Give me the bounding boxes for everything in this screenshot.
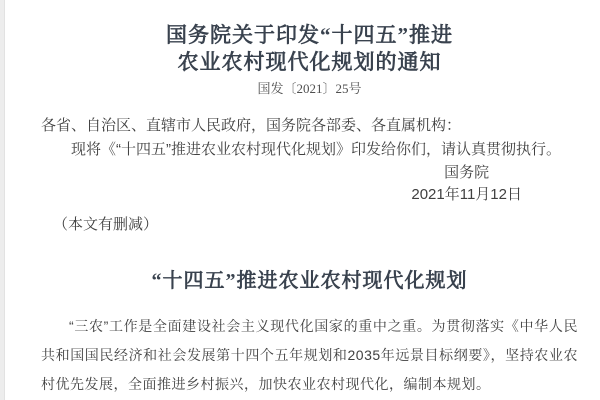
signature-block: 国务院 2021年11月12日 [411,162,522,206]
plan-title: “十四五”推进农业农村现代化规划 [41,266,578,296]
signature-date: 2021年11月12日 [411,184,522,206]
notice-title-line1: 国务院关于印发“十四五”推进 [166,23,453,47]
notice-title: 国务院关于印发“十四五”推进 农业农村现代化规划的通知 [41,22,578,76]
abridged-note: （本文有删减） [41,214,578,236]
signer-name: 国务院 [411,162,522,184]
document-page: 国务院关于印发“十四五”推进 农业农村现代化规划的通知 国发〔2021〕25号 … [5,0,600,400]
doc-number: 国发〔2021〕25号 [41,81,578,97]
notice-body: 各省、自治区、直辖市人民政府，国务院各部委、各直属机构： 现将《“十四五”推进农… [41,114,578,236]
salutation-line: 各省、自治区、直辖市人民政府，国务院各部委、各直属机构： [41,114,578,138]
notice-title-line2: 农业农村现代化规划的通知 [178,50,442,74]
notice-body-line: 现将《“十四五”推进农业农村现代化规划》印发给你们，请认真贯彻执行。 [41,138,578,162]
plan-intro-paragraph: “三农”工作是全面建设社会主义现代化国家的重中之重。为贯彻落实《中华人民共和国国… [41,312,578,399]
